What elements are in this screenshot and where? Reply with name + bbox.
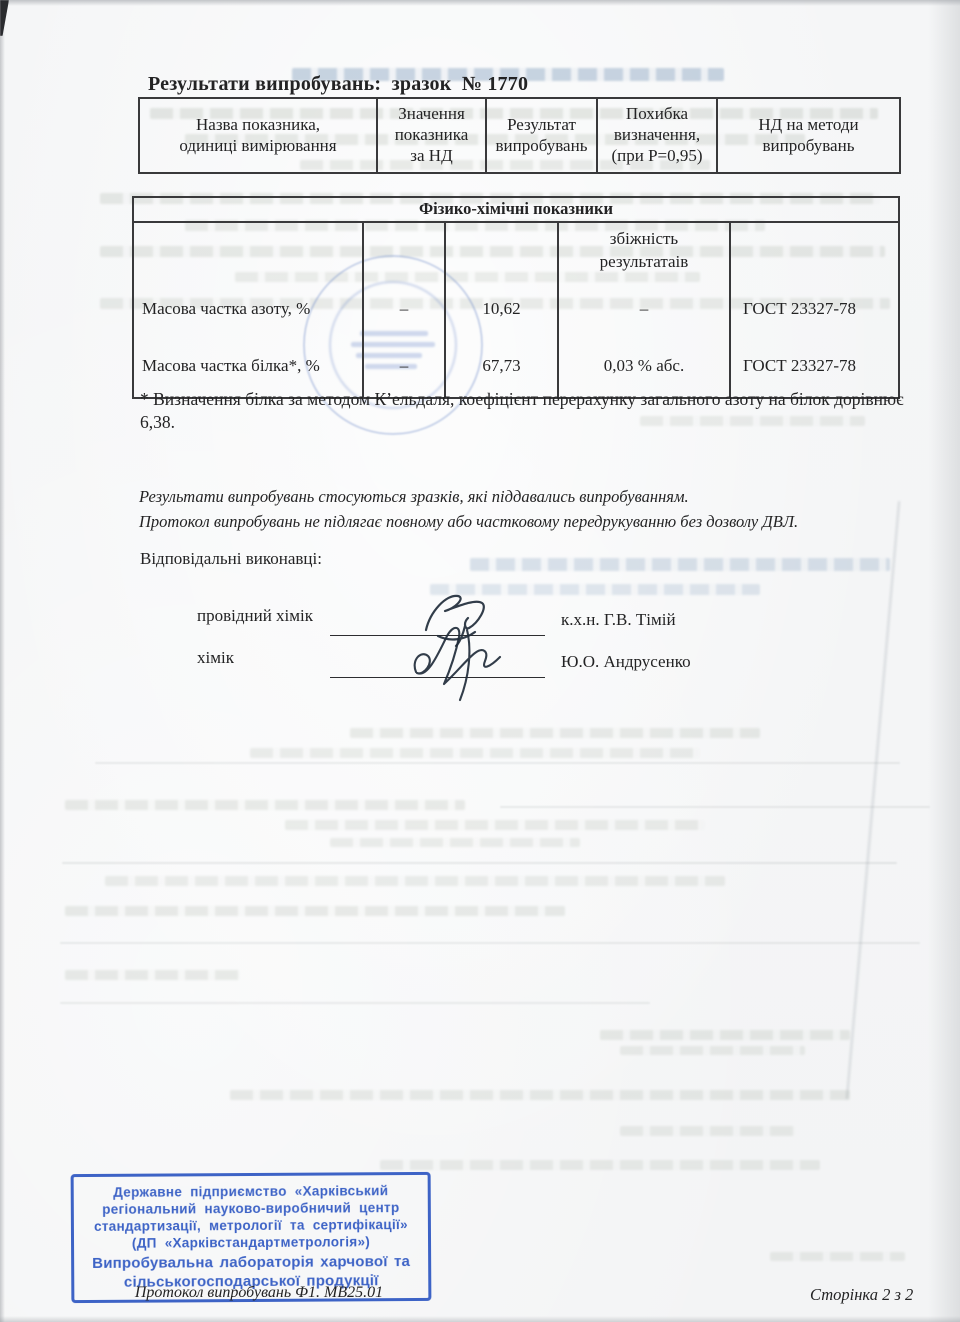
- disclaimer-line-2: Протокол випробувань не підлягає повному…: [139, 509, 798, 534]
- col-header-result: Результат випробувань: [486, 98, 597, 173]
- signature-row: провідний хімік к.х.н. Г.В. Тімій: [197, 600, 777, 636]
- kjeldahl-footnote: * Визначення білка за методом К’ельдаля,…: [140, 388, 914, 434]
- protocol-form-reference: Протокол випробувань Ф1. МВ25.01: [128, 1284, 390, 1302]
- stamp-lab-line: Випробувальна лабораторія харчової та: [78, 1252, 424, 1273]
- section-title-row: Фізико-хімічні показники: [133, 197, 899, 222]
- results-header-table: Назва показника, одиниці вимірювання Зна…: [138, 97, 901, 174]
- bleed-through-line: [65, 970, 240, 980]
- error-value: –: [558, 282, 730, 335]
- bleed-through-rule: [62, 862, 897, 864]
- stamp-line: Державне підприємство «Харківський: [78, 1182, 424, 1201]
- scan-edge-left: [0, 0, 5, 1322]
- bleed-through-line: [470, 558, 890, 571]
- bleed-through-line: [285, 820, 705, 830]
- bleed-through-line: [620, 1046, 805, 1055]
- bleed-through-line: [65, 800, 465, 810]
- bleed-through-line: [350, 728, 760, 738]
- signatories-heading: Відповідальні виконавці:: [140, 549, 322, 569]
- header-row: Назва показника, одиниці вимірювання Зна…: [139, 98, 900, 173]
- indicator-name: Масова частка азоту, %: [133, 282, 363, 335]
- bleed-through-line: [430, 584, 760, 595]
- stamp-line: стандартизації, метрології та сертифікац…: [78, 1216, 424, 1235]
- section-title: Фізико-хімічні показники: [133, 197, 899, 222]
- bleed-through-line: [770, 1252, 905, 1261]
- paper-crease: [846, 501, 900, 1099]
- col-header-method: НД на методи випробувань: [717, 98, 900, 173]
- bleed-through-line: [380, 1160, 820, 1170]
- subheader-row: збіжність результатаів: [133, 222, 899, 282]
- scan-edge-right: [928, 0, 960, 1322]
- signatory-name: к.х.н. Г.В. Тімій: [561, 610, 676, 630]
- scanned-protocol-page: Результати випробувань: зразок № 1770 На…: [0, 0, 960, 1322]
- bleed-through-line: [105, 876, 725, 886]
- handwritten-signature: [418, 588, 513, 648]
- signatory-role: хімік: [197, 648, 330, 668]
- signature-line: [330, 677, 545, 678]
- stamp-line: регіональний науково-виробничий центр: [78, 1199, 424, 1218]
- bleed-through-rule: [95, 762, 900, 764]
- signature-line: [330, 635, 545, 636]
- table-row: Масова частка азоту, % – 10,62 – ГОСТ 23…: [133, 282, 899, 335]
- bleed-through-line: [620, 1126, 795, 1136]
- disclaimer-line-1: Результати випробувань стосуються зразкі…: [139, 484, 798, 509]
- bleed-through-line: [230, 1090, 850, 1100]
- stamp-line: (ДП «Харківстандартметрологія»): [78, 1233, 424, 1252]
- col-header-indicator-name: Назва показника, одиниці вимірювання: [139, 98, 377, 173]
- page-number: Сторінка 2 з 2: [810, 1285, 913, 1305]
- subheader-repeatability: збіжність результатаів: [558, 222, 730, 282]
- result-value: 10,62: [445, 282, 558, 335]
- signatory-name: Ю.О. Андрусенко: [561, 652, 691, 672]
- signatory-role: провідний хімік: [197, 606, 330, 626]
- col-header-error: Похибка визначення, (при Р=0,95): [597, 98, 717, 173]
- physchem-table: Фізико-хімічні показники збіжність резул…: [132, 196, 900, 399]
- signature-row: хімік Ю.О. Андрусенко: [197, 642, 777, 678]
- disclaimer: Результати випробувань стосуються зразкі…: [139, 484, 798, 534]
- nd-value: –: [363, 282, 445, 335]
- scan-edge-bottom: [0, 1316, 960, 1322]
- bleed-through-line: [65, 906, 565, 916]
- page-title: Результати випробувань: зразок № 1770: [148, 73, 528, 96]
- bleed-through-rule: [60, 1002, 650, 1004]
- method-standard: ГОСТ 23327-78: [730, 282, 899, 335]
- bleed-through-line: [250, 748, 700, 758]
- bleed-through-line: [600, 1030, 850, 1040]
- bleed-through-rule: [500, 806, 930, 808]
- bleed-through-line: [330, 838, 580, 847]
- col-header-nd-value: Значення показника за НД: [377, 98, 486, 173]
- scan-edge-top: [0, 0, 960, 6]
- bleed-through-rule: [60, 942, 920, 944]
